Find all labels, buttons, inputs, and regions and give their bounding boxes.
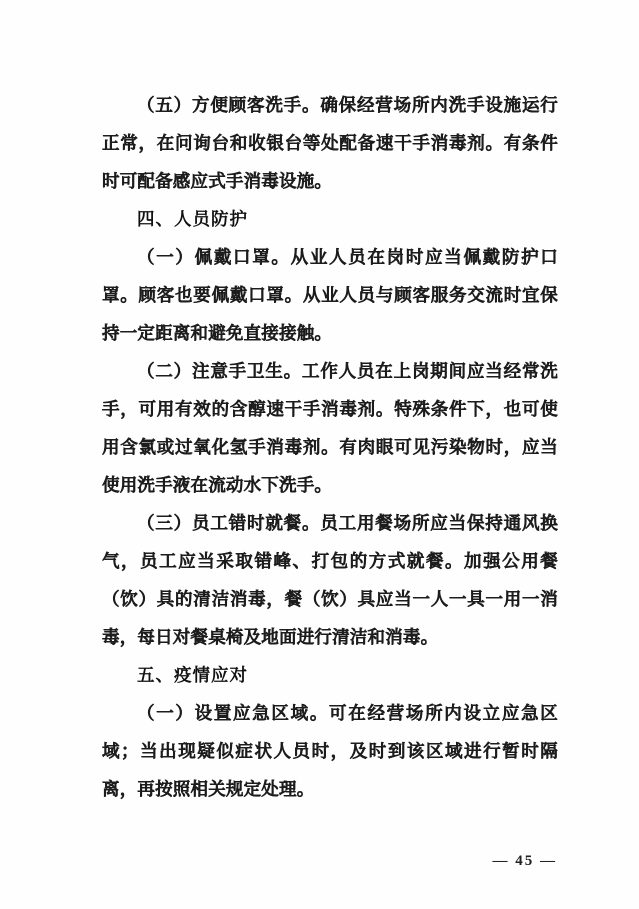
paragraph-emergency-area: （一）设置应急区域。可在经营场所内设立应急区域；当出现疑似症状人员时，及时到该区… bbox=[102, 694, 558, 808]
paragraph-hand-hygiene: （二）注意手卫生。工作人员在上岗期间应当经常洗手，可用有效的含醇速干手消毒剂。特… bbox=[102, 352, 558, 504]
section-heading-personnel-protection: 四、人员防护 bbox=[102, 200, 558, 238]
paragraph-wear-masks: （一）佩戴口罩。从业人员在岗时应当佩戴防护口罩。顾客也要佩戴口罩。从业人员与顾客… bbox=[102, 238, 558, 352]
document-page: （五）方便顾客洗手。确保经营场所内洗手设施运行正常，在问询台和收银台等处配备速干… bbox=[0, 0, 639, 909]
paragraph-staggered-dining: （三）员工错时就餐。员工用餐场所应当保持通风换气，员工应当采取错峰、打包的方式就… bbox=[102, 504, 558, 656]
document-body: （五）方便顾客洗手。确保经营场所内洗手设施运行正常，在问询台和收银台等处配备速干… bbox=[102, 86, 558, 808]
page-number: — 45 — bbox=[493, 853, 558, 870]
paragraph-customer-handwashing: （五）方便顾客洗手。确保经营场所内洗手设施运行正常，在问询台和收银台等处配备速干… bbox=[102, 86, 558, 200]
section-heading-epidemic-response: 五、疫情应对 bbox=[102, 656, 558, 694]
